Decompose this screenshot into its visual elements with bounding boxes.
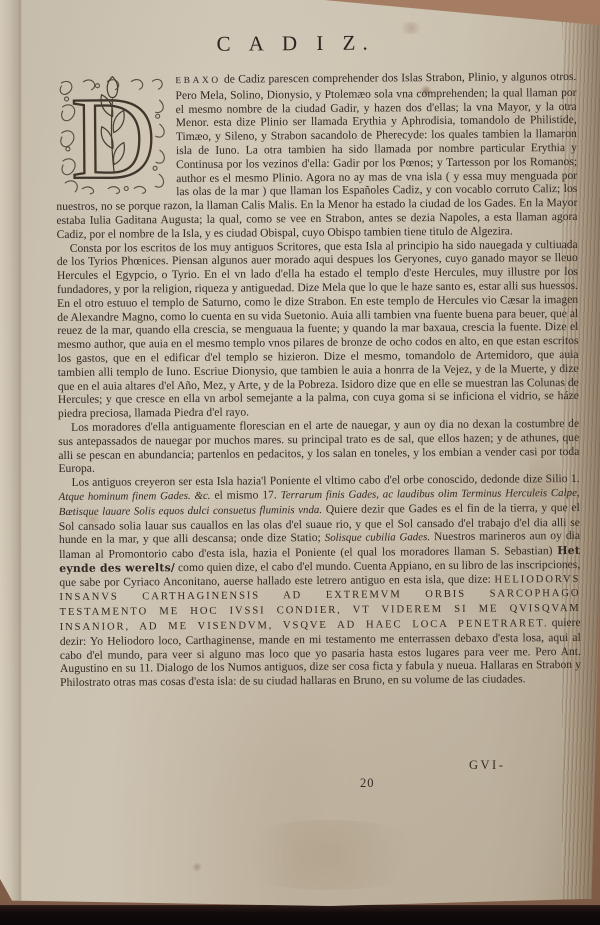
text-segment-normal: Consta por los escritos de los muy antig…	[57, 238, 579, 421]
text-segment-italic: Solisque cubilia Gades.	[325, 531, 430, 544]
paragraph-2: Consta por los escritos de los muy antig…	[57, 238, 579, 421]
floral-initial-icon: D	[55, 74, 169, 195]
catchword: GVI-	[469, 758, 505, 773]
text-segment-smallcaps: EBAXO	[175, 76, 220, 86]
page-fold	[0, 0, 22, 906]
paragraph-4: Los antiguos creyeron ser esta Isla hazi…	[58, 472, 581, 690]
drop-cap-letter: D	[70, 74, 156, 195]
stain	[220, 820, 440, 890]
page-number: 20	[360, 776, 375, 791]
book-page: C A D I Z. D	[0, 0, 600, 906]
text-segment-italic: Atque hominum finem Gades. &c.	[59, 490, 211, 503]
page-title: C A D I Z.	[75, 28, 516, 57]
paragraph-1: D EBAXO de Cadiz parescen comprehender d…	[55, 70, 577, 242]
photo-shadow-edge	[0, 905, 600, 925]
text-segment-normal: Los moradores d'ella antiguamente flores…	[58, 417, 579, 475]
book-photo: C A D I Z. D	[0, 0, 600, 925]
text-segment-normal: el mismo 17.	[210, 488, 280, 502]
drop-cap-woodcut: D	[55, 74, 169, 195]
text-block: C A D I Z. D	[55, 28, 581, 690]
paragraph-3: Los moradores d'ella antiguamente flores…	[58, 417, 579, 476]
stain	[192, 862, 202, 872]
